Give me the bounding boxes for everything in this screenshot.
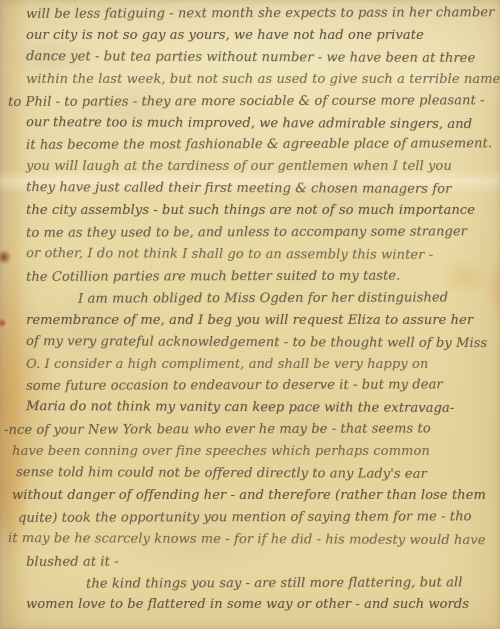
manuscript-line: sense told him could not be offered dire… [16,462,488,486]
manuscript-line: the Cotillion parties are much better su… [26,265,488,289]
manuscript-line: it may be he scarcely knows me - for if … [8,528,488,552]
manuscript-line: they have just called their first meetin… [26,177,488,201]
manuscript-line: without danger of offending her - and th… [12,485,488,507]
manuscript-line: or other, I do not think I shall go to a… [26,243,488,267]
manuscript-line: of my very grateful acknowledgement - to… [26,331,488,355]
manuscript-line: -nce of your New York beau who ever he m… [4,418,488,442]
manuscript-line: I am much obliged to Miss Ogden for her … [26,287,488,311]
manuscript-line: dance yet - but tea parties without numb… [26,46,488,70]
manuscript-line: the kind things you say - are still more… [26,572,488,596]
paragraph-3: the kind things you say - are still more… [26,573,488,617]
manuscript-line: Maria do not think my vanity can keep pa… [26,396,488,420]
manuscript-line: will be less fatiguing - next month she … [26,2,488,26]
manuscript-line: women love to be flattered in some way o… [26,594,488,616]
paragraph-1: will be less fatiguing - next month she … [26,3,488,288]
manuscript-line: you will laugh at the tardiness of our g… [26,156,488,178]
manuscript-line: to Phil - to parties - they are more soc… [8,90,488,114]
manuscript-line: O. I consider a high compliment, and sha… [26,354,488,376]
manuscript-line: the city assemblys - but such things are… [26,200,488,222]
manuscript-line: have been conning over fine speeches whi… [12,441,488,463]
manuscript-line: remembrance of me, and I beg you will re… [26,310,488,332]
paragraph-2: I am much obliged to Miss Ogden for her … [26,288,488,573]
letter-page: will be less fatiguing - next month she … [0,0,500,629]
manuscript-line: our theatre too is much improved, we hav… [26,112,488,136]
manuscript-line: to me as they used to be, and unless to … [26,221,488,245]
manuscript-line: quite) took the opportunity you mention … [18,506,488,530]
manuscript-line: our city is not so gay as yours, we have… [26,25,488,47]
manuscript-line: some future occasion to endeavour to des… [26,375,488,399]
manuscript-line: it has become the most fashionable & agr… [26,134,488,158]
letter-text: will be less fatiguing - next month she … [0,0,500,629]
manuscript-line: within the last week, but not such as us… [26,69,488,91]
manuscript-line: blushed at it - [26,550,488,574]
